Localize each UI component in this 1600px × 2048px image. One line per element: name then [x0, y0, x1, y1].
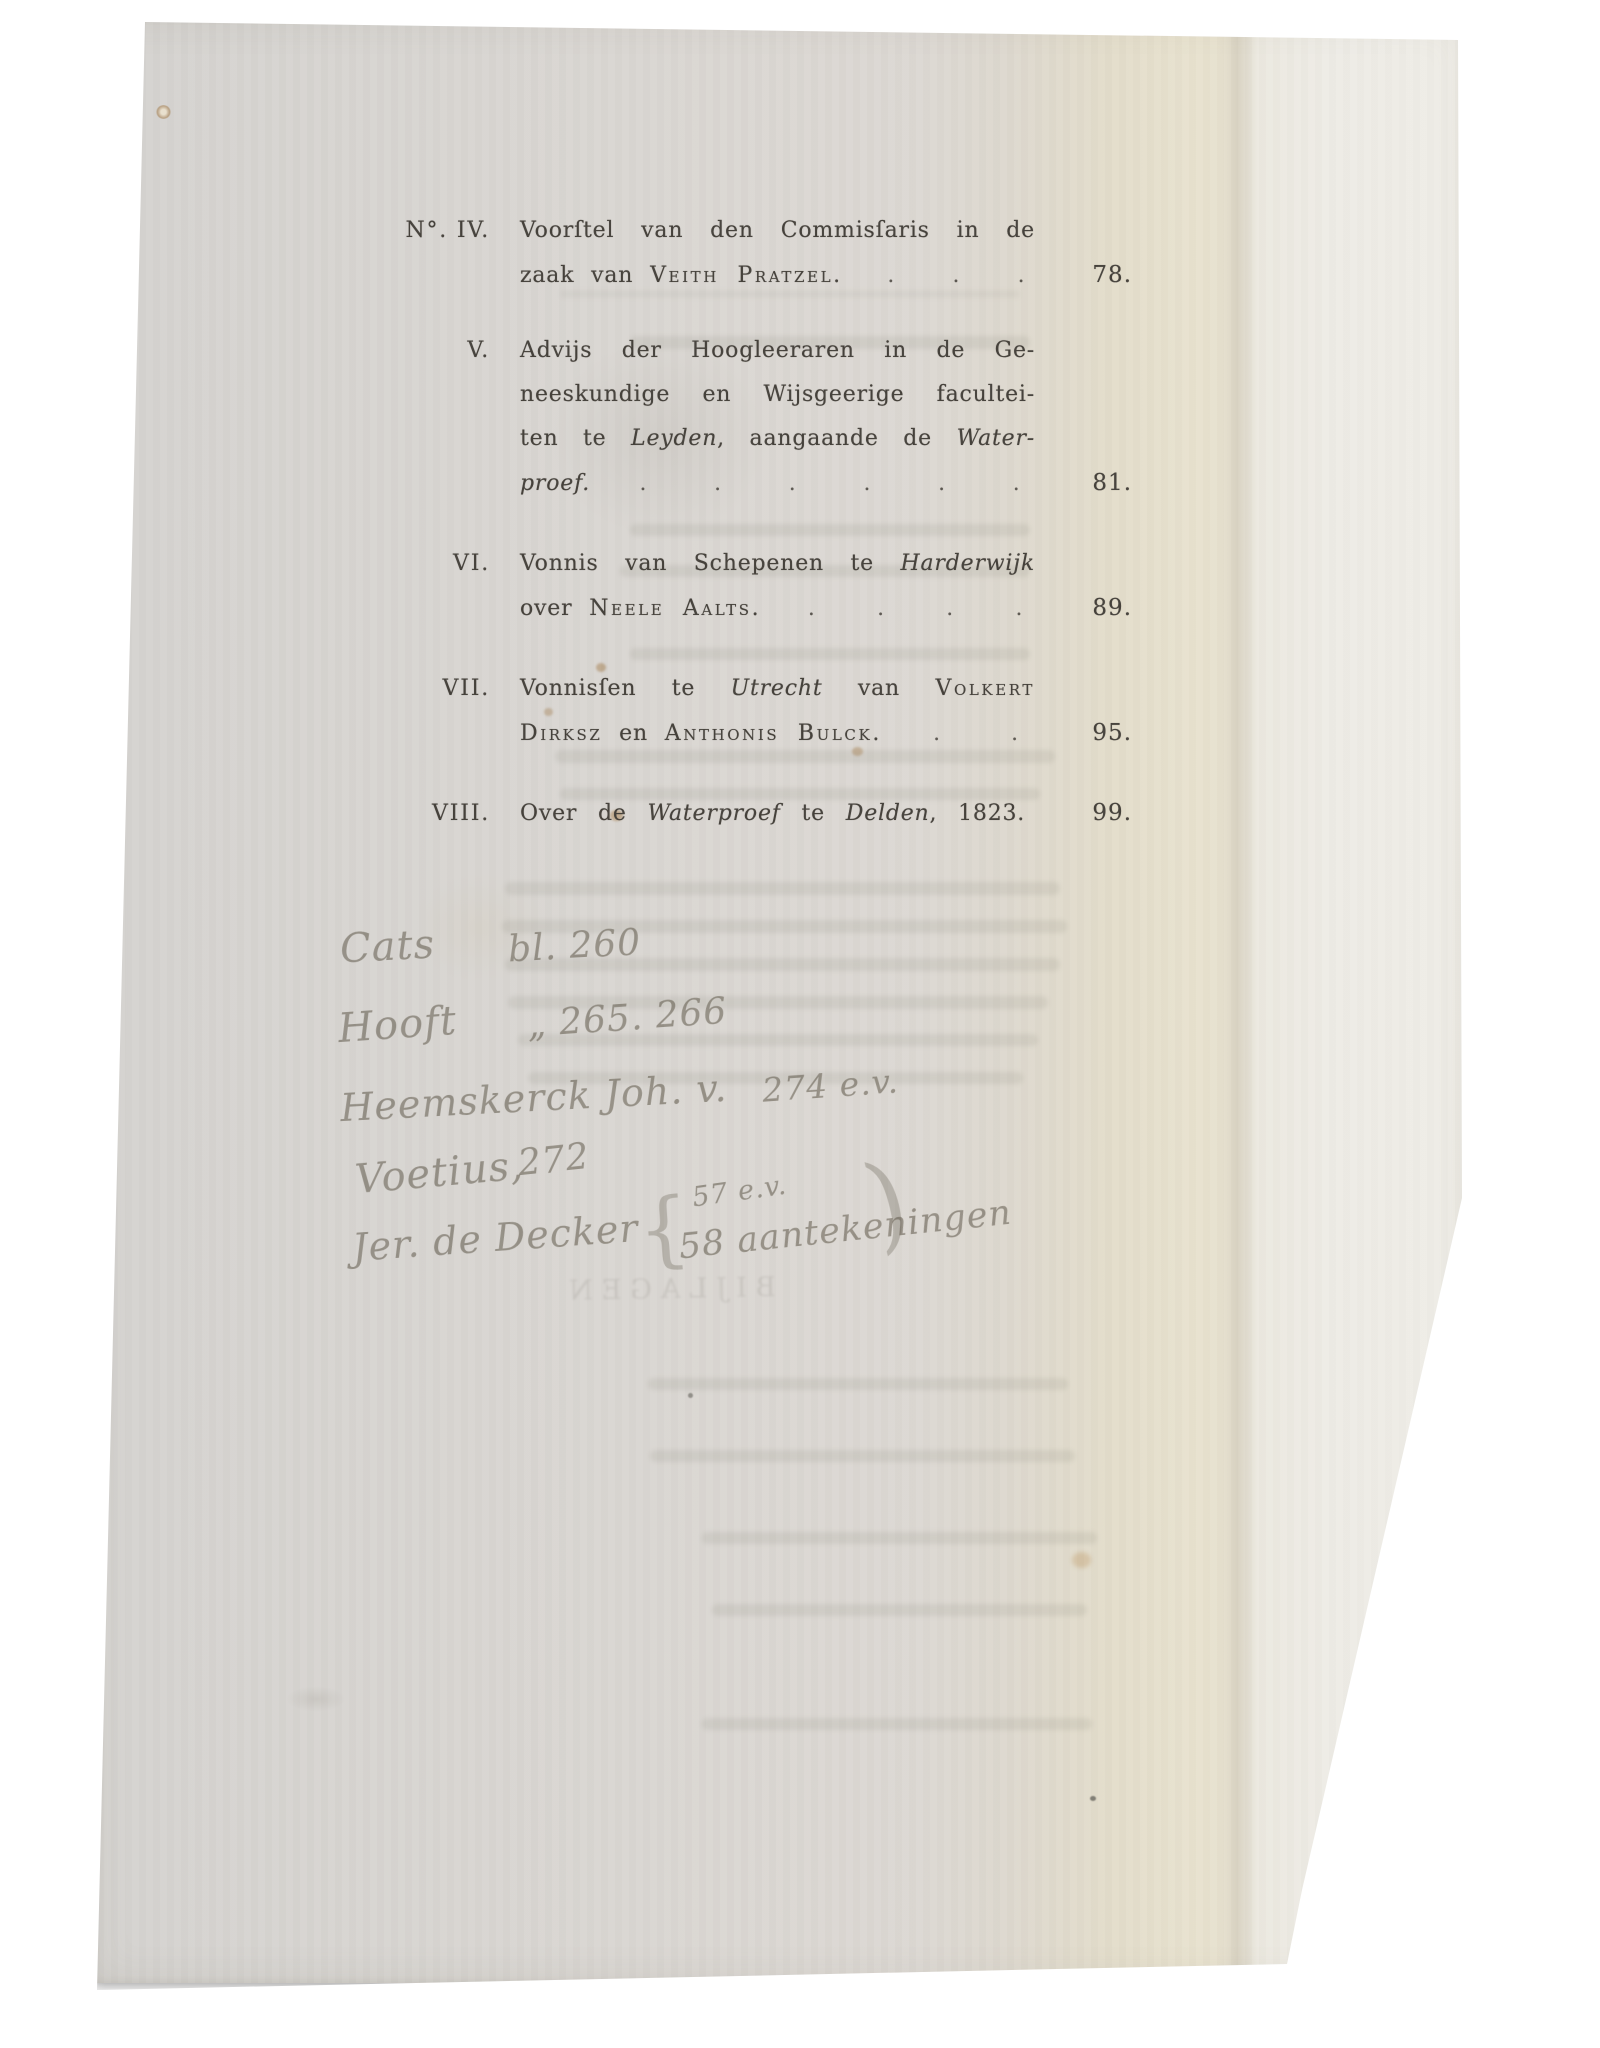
toc-text-segment: Utrecht [731, 676, 823, 701]
page-number: 89. [1070, 586, 1132, 630]
toc-text-final: over Neele Aalts. .... 89. [520, 586, 1132, 631]
annotation-ref-voetius: 272 [516, 1136, 592, 1184]
toc-text: zaak van Veith Pratzel. [520, 254, 843, 298]
ghost-bleedthrough [505, 882, 1060, 895]
ghost-bleedthrough [712, 1604, 1087, 1616]
toc-text-segment: zaak van [520, 263, 650, 288]
leader-dot: . [938, 461, 945, 505]
toc-line: proef. ...... 81. [360, 461, 1132, 505]
toc-line: zaak van Veith Pratzel. ... 78. [360, 253, 1132, 297]
toc-entry-viii: VIII. Over de Waterproef te Delden, 1823… [360, 791, 1132, 835]
toc-entry-vi: VI. Vonnis van Schepenen te Harderwijk o… [360, 542, 1132, 630]
leader-dot: . [1018, 253, 1025, 297]
toc-text-segment: Neele Aalts. [589, 596, 761, 621]
toc-text-segment: te [781, 801, 846, 826]
toc-numeral: V. [360, 329, 490, 373]
toc-text-segment: neeskundige en Wijsgeerige facultei- [520, 382, 1035, 407]
toc-text-segment: , aangaande de [717, 426, 956, 451]
toc-text-segment: van [822, 676, 935, 701]
toc-text: Vonnisſen te Utrecht van Volkert [520, 667, 1035, 711]
annotation-name-decker: Jer. de Decker [351, 1206, 640, 1270]
toc-text-final: Over de Waterproef te Delden, 1823. 99. [520, 791, 1132, 836]
leader-dot: . [953, 253, 960, 297]
annotation-ref-hooft: „ 265. 266 [526, 991, 729, 1046]
leader-dot: . [864, 461, 871, 505]
toc-text-segment: Anthonis Bulck. [665, 721, 882, 746]
toc-numeral: VII. [360, 667, 490, 711]
toc-line: Dirksz en Anthonis Bulck. .. 95. [360, 711, 1132, 755]
leader-dot: . [1016, 586, 1023, 630]
leader-dot: . [888, 253, 895, 297]
toc-line: over Neele Aalts. .... 89. [360, 586, 1132, 630]
pencil-smudge [286, 1686, 346, 1712]
toc-text-final: zaak van Veith Pratzel. ... 78. [520, 253, 1132, 298]
toc-text-segment: Volkert [935, 676, 1035, 701]
toc-numeral: VIII. [360, 792, 490, 836]
toc-text: Over de Waterproef te Delden, 1823. [520, 792, 1025, 836]
toc-text: proef. [520, 462, 590, 506]
toc-line: N°. IV. Voorſtel van den Commisſaris in … [360, 209, 1132, 253]
leader-dot: . [789, 461, 796, 505]
ghost-bleedthrough [630, 524, 1030, 536]
foxing-spot [1072, 1552, 1091, 1568]
toc-text-segment: Harderwijk [901, 551, 1035, 576]
page-number: 81. [1070, 461, 1132, 505]
leader-dot: . [640, 461, 647, 505]
toc-text-segment: , 1823. [930, 801, 1026, 826]
book-page-photo: BIJLAGEN N°. IV. Voorſtel van den Commis… [90, 18, 1470, 1983]
toc-line: V. Advijs der Hoogleeraren in de Ge- [360, 329, 1132, 373]
page-number: 78. [1070, 253, 1132, 297]
leader-dot: . [808, 586, 815, 630]
toc-text-segment: Water- [957, 426, 1035, 451]
toc-text-segment: Advijs der Hoogleeraren in de Ge- [520, 338, 1035, 363]
toc-text-segment: Vonnis van Schepenen te [520, 551, 901, 576]
toc-text: Advijs der Hoogleeraren in de Ge- [520, 329, 1035, 373]
toc-entry-v: V. Advijs der Hoogleeraren in de Ge- nee… [360, 329, 1132, 505]
foxing-spot [156, 105, 171, 119]
toc-text: over Neele Aalts. [520, 587, 761, 631]
toc-text-segment: proef. [520, 471, 590, 496]
annotation-name-cats: Cats [339, 922, 436, 973]
toc-entry-vii: VII. Vonnisſen te Utrecht van Volkert Di… [360, 667, 1132, 755]
leader-dot: . [933, 711, 940, 755]
toc-text-final: Dirksz en Anthonis Bulck. .. 95. [520, 711, 1132, 756]
annotation-ref-heemskerck: 274 e.v. [761, 1061, 900, 1109]
toc-entry-iv: N°. IV. Voorſtel van den Commisſaris in … [360, 209, 1132, 297]
leader-dot: . [877, 586, 884, 630]
ghost-bleedthrough [630, 648, 1030, 660]
toc-text-segment: ten te [520, 426, 631, 451]
toc-text-segment: Delden [846, 801, 930, 826]
screenshot-root: { "page": { "background_color": "#ffffff… [0, 0, 1600, 2048]
ghost-bleedthrough [702, 1718, 1092, 1730]
toc-line: VIII. Over de Waterproef te Delden, 1823… [360, 791, 1132, 835]
toc-text-segment: en [602, 721, 664, 746]
ghost-heading-bijlagen: BIJLAGEN [560, 1272, 776, 1307]
annotation-name-voetius: Voetius, [353, 1143, 525, 1204]
annotation-name-hooft: Hooft [337, 998, 459, 1052]
toc-numeral: VI. [360, 542, 490, 586]
page-number: 95. [1070, 711, 1132, 755]
ink-speck [1090, 1796, 1096, 1801]
toc-numeral: N°. IV. [360, 209, 490, 253]
leader-dot: . [1011, 711, 1018, 755]
ghost-bleedthrough [648, 1378, 1068, 1390]
toc-text: Dirksz en Anthonis Bulck. [520, 712, 882, 756]
leader-dots: .. [882, 711, 1070, 755]
toc-text-segment: Over de [520, 801, 648, 826]
toc-text: Voorſtel van den Commisſaris in de [520, 209, 1035, 253]
toc-text-segment: Vonnisſen te [520, 676, 731, 701]
toc-text-segment: Leyden [631, 426, 717, 451]
toc-text-segment: Dirksz [520, 721, 602, 746]
toc-line: VII. Vonnisſen te Utrecht van Volkert [360, 667, 1132, 711]
ghost-bleedthrough [702, 1532, 1097, 1544]
page-number: 99. [1070, 791, 1132, 835]
toc-text: ten te Leyden, aangaande de Water- [520, 417, 1035, 461]
leader-dots: ...... [590, 461, 1070, 505]
annotation-ref-decker-upper: 57 e.v. [690, 1170, 789, 1214]
leader-dot: . [946, 586, 953, 630]
toc-text-segment: Voorſtel van den Commisſaris in de [520, 218, 1035, 243]
leader-dot: . [714, 461, 721, 505]
toc-text: Vonnis van Schepenen te Harderwijk [520, 542, 1035, 586]
ghost-bleedthrough [650, 1450, 1075, 1462]
toc-text: neeskundige en Wijsgeerige facultei- [520, 373, 1035, 417]
toc-text-final: proef. ...... 81. [520, 461, 1132, 506]
ink-speck [688, 1393, 693, 1398]
leader-dots: ... [843, 253, 1070, 297]
toc-text-segment: Veith Pratzel. [650, 263, 843, 288]
leader-dots: .... [761, 586, 1070, 630]
leader-dot: . [1013, 461, 1020, 505]
annotation-name-heemskerck: Heemskerck Joh. v. [339, 1066, 728, 1130]
toc-line: VI. Vonnis van Schepenen te Harderwijk [360, 542, 1132, 586]
toc-line: neeskundige en Wijsgeerige facultei- [360, 373, 1132, 417]
annotation-ref-cats: bl. 260 [507, 923, 642, 971]
toc-line: ten te Leyden, aangaande de Water- [360, 417, 1132, 461]
toc-text-segment: Waterproef [648, 801, 781, 826]
toc-text-segment: over [520, 596, 589, 621]
